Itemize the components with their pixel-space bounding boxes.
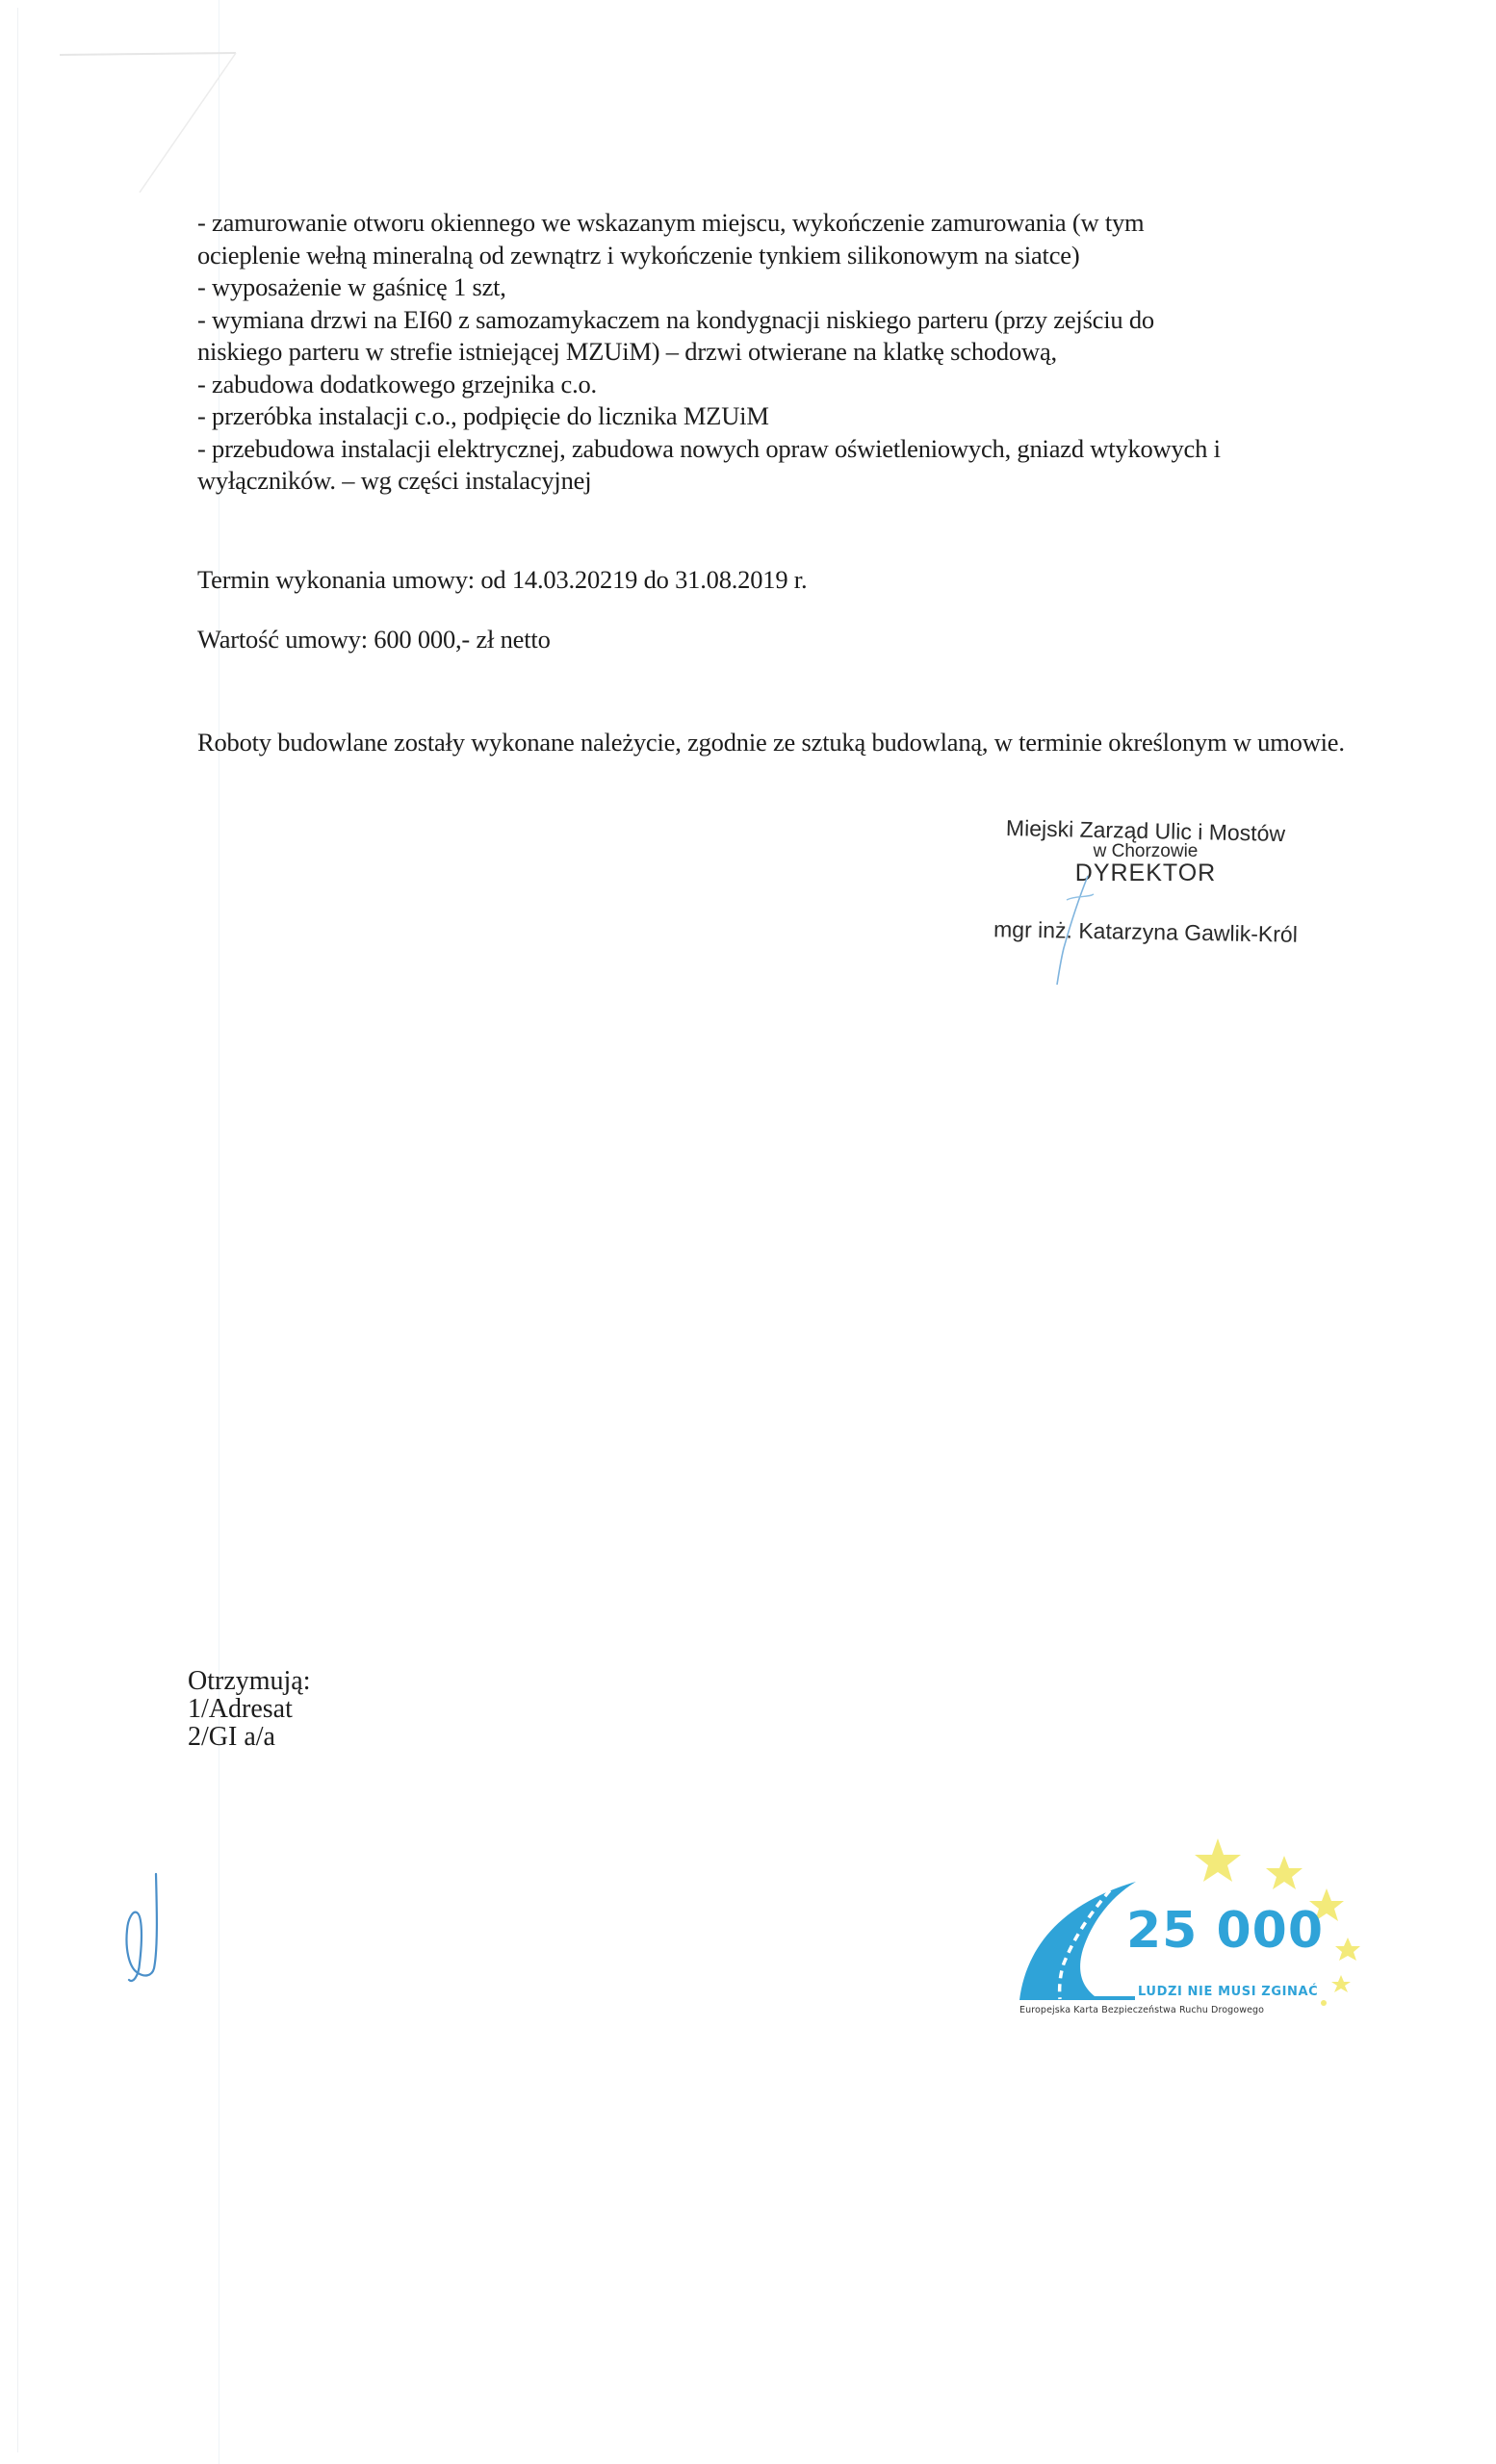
contract-value: Wartość umowy: 600 000,- zł netto: [197, 624, 1372, 656]
works-line: ocieplenie wełną mineralną od zewnątrz i…: [197, 240, 1372, 272]
works-line: - wymiana drzwi na EI60 z samozamykaczem…: [197, 304, 1372, 337]
completion-confirmation: Roboty budowlane zostały wykonane należy…: [197, 727, 1353, 759]
stamp-person: mgr inż. Katarzyna Gawlik-Król: [972, 916, 1319, 947]
logo-number: 25 000: [1126, 1904, 1324, 1958]
handwritten-initials-icon: [116, 1872, 173, 1997]
director-stamp: Miejski Zarząd Ulic i Mostów w Chorzowie…: [972, 818, 1319, 944]
works-list: - zamurowanie otworu okiennego we wskaza…: [197, 207, 1372, 498]
recipients-heading: Otrzymują:: [188, 1667, 311, 1695]
stamp-organization: Miejski Zarząd Ulic i Mostów: [972, 814, 1319, 847]
road-safety-logo: 25 000 LUDZI NIE MUSI ZGINAĆ Europejska …: [1006, 1809, 1372, 2040]
works-line: wyłączników. – wg części instalacyjnej: [197, 465, 1372, 498]
corner-fold-mark: [0, 0, 289, 212]
works-line: - zabudowa dodatkowego grzejnika c.o.: [197, 369, 1372, 401]
signature-icon: [1049, 871, 1107, 987]
logo-slogan: LUDZI NIE MUSI ZGINAĆ: [1138, 1985, 1318, 1999]
works-line: niskiego parteru w strefie istniejącej M…: [197, 336, 1372, 369]
contract-term: Termin wykonania umowy: od 14.03.20219 d…: [197, 564, 1372, 597]
recipients-block: Otrzymują: 1/Adresat 2/GI a/a: [188, 1667, 311, 1751]
works-line: - przebudowa instalacji elektrycznej, za…: [197, 433, 1372, 466]
works-line: - wyposażenie w gaśnicę 1 szt,: [197, 271, 1372, 304]
works-line: - przeróbka instalacji c.o., podpięcie d…: [197, 400, 1372, 433]
logo-charter: Europejska Karta Bezpieczeństwa Ruchu Dr…: [1019, 2005, 1264, 2015]
scan-page-edge: [17, 8, 18, 2452]
recipient-item: 1/Adresat: [188, 1695, 311, 1723]
stamp-role: DYREKTOR: [972, 860, 1319, 885]
stamp-city: w Chorzowie: [972, 843, 1319, 860]
recipient-item: 2/GI a/a: [188, 1723, 311, 1751]
works-line: - zamurowanie otworu okiennego we wskaza…: [197, 207, 1372, 240]
